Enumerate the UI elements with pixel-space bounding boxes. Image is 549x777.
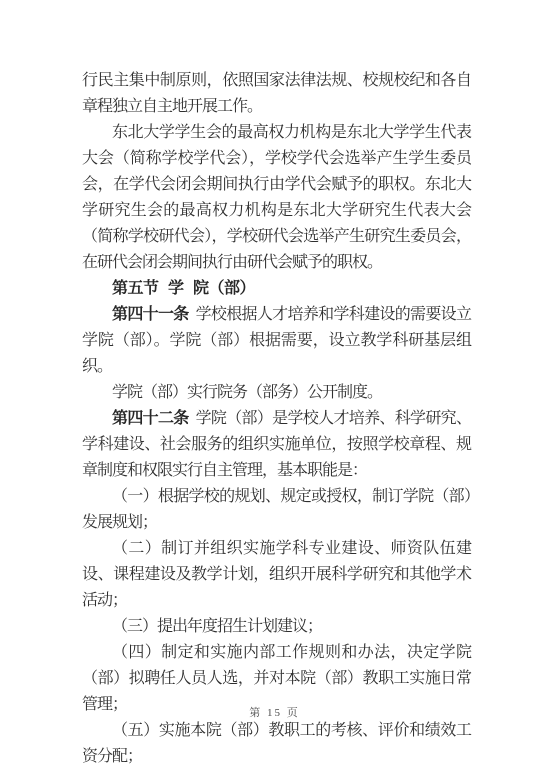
article-41: 第四十一条学校根据人才培养和学科建设的需要设立学院（部）。学院（部）根据需要，设… — [82, 302, 471, 380]
page-footer: 第 15 页 — [0, 703, 549, 721]
document-body: 行民主集中制原则，依照国家法律法规、校规校纪和各自章程独立自主地开展工作。 东北… — [82, 68, 471, 770]
section-heading-chapter5: 第五节 学 院（部） — [82, 276, 471, 302]
article-42: 第四十二条学院（部）是学校人才培养、科学研究、学科建设、社会服务的组织实施单位，… — [82, 406, 471, 484]
paragraph-student-congress: 东北大学学生会的最高权力机构是东北大学学生代表大会（简称学校学代会），学校学代会… — [82, 120, 471, 276]
list-item-1: （一）根据学校的规划、规定或授权，制订学院（部）发展规划； — [82, 484, 471, 536]
article-41-number: 第四十一条 — [112, 306, 189, 323]
list-item-5: （五）实施本院（部）教职工的考核、评价和绩效工资分配； — [82, 718, 471, 770]
article-42-number: 第四十二条 — [112, 410, 189, 427]
document-page: 行民主集中制原则，依照国家法律法规、校规校纪和各自章程独立自主地开展工作。 东北… — [0, 0, 549, 777]
page-number: 第 15 页 — [249, 707, 300, 719]
paragraph-continuation: 行民主集中制原则，依照国家法律法规、校规校纪和各自章程独立自主地开展工作。 — [82, 68, 471, 120]
list-item-3: （三）提出年度招生计划建议； — [82, 614, 471, 640]
paragraph-college-affairs-公开: 学院（部）实行院务（部务）公开制度。 — [82, 380, 471, 406]
list-item-2: （二）制订并组织实施学科专业建设、师资队伍建设、课程建设及教学计划，组织开展科学… — [82, 536, 471, 614]
